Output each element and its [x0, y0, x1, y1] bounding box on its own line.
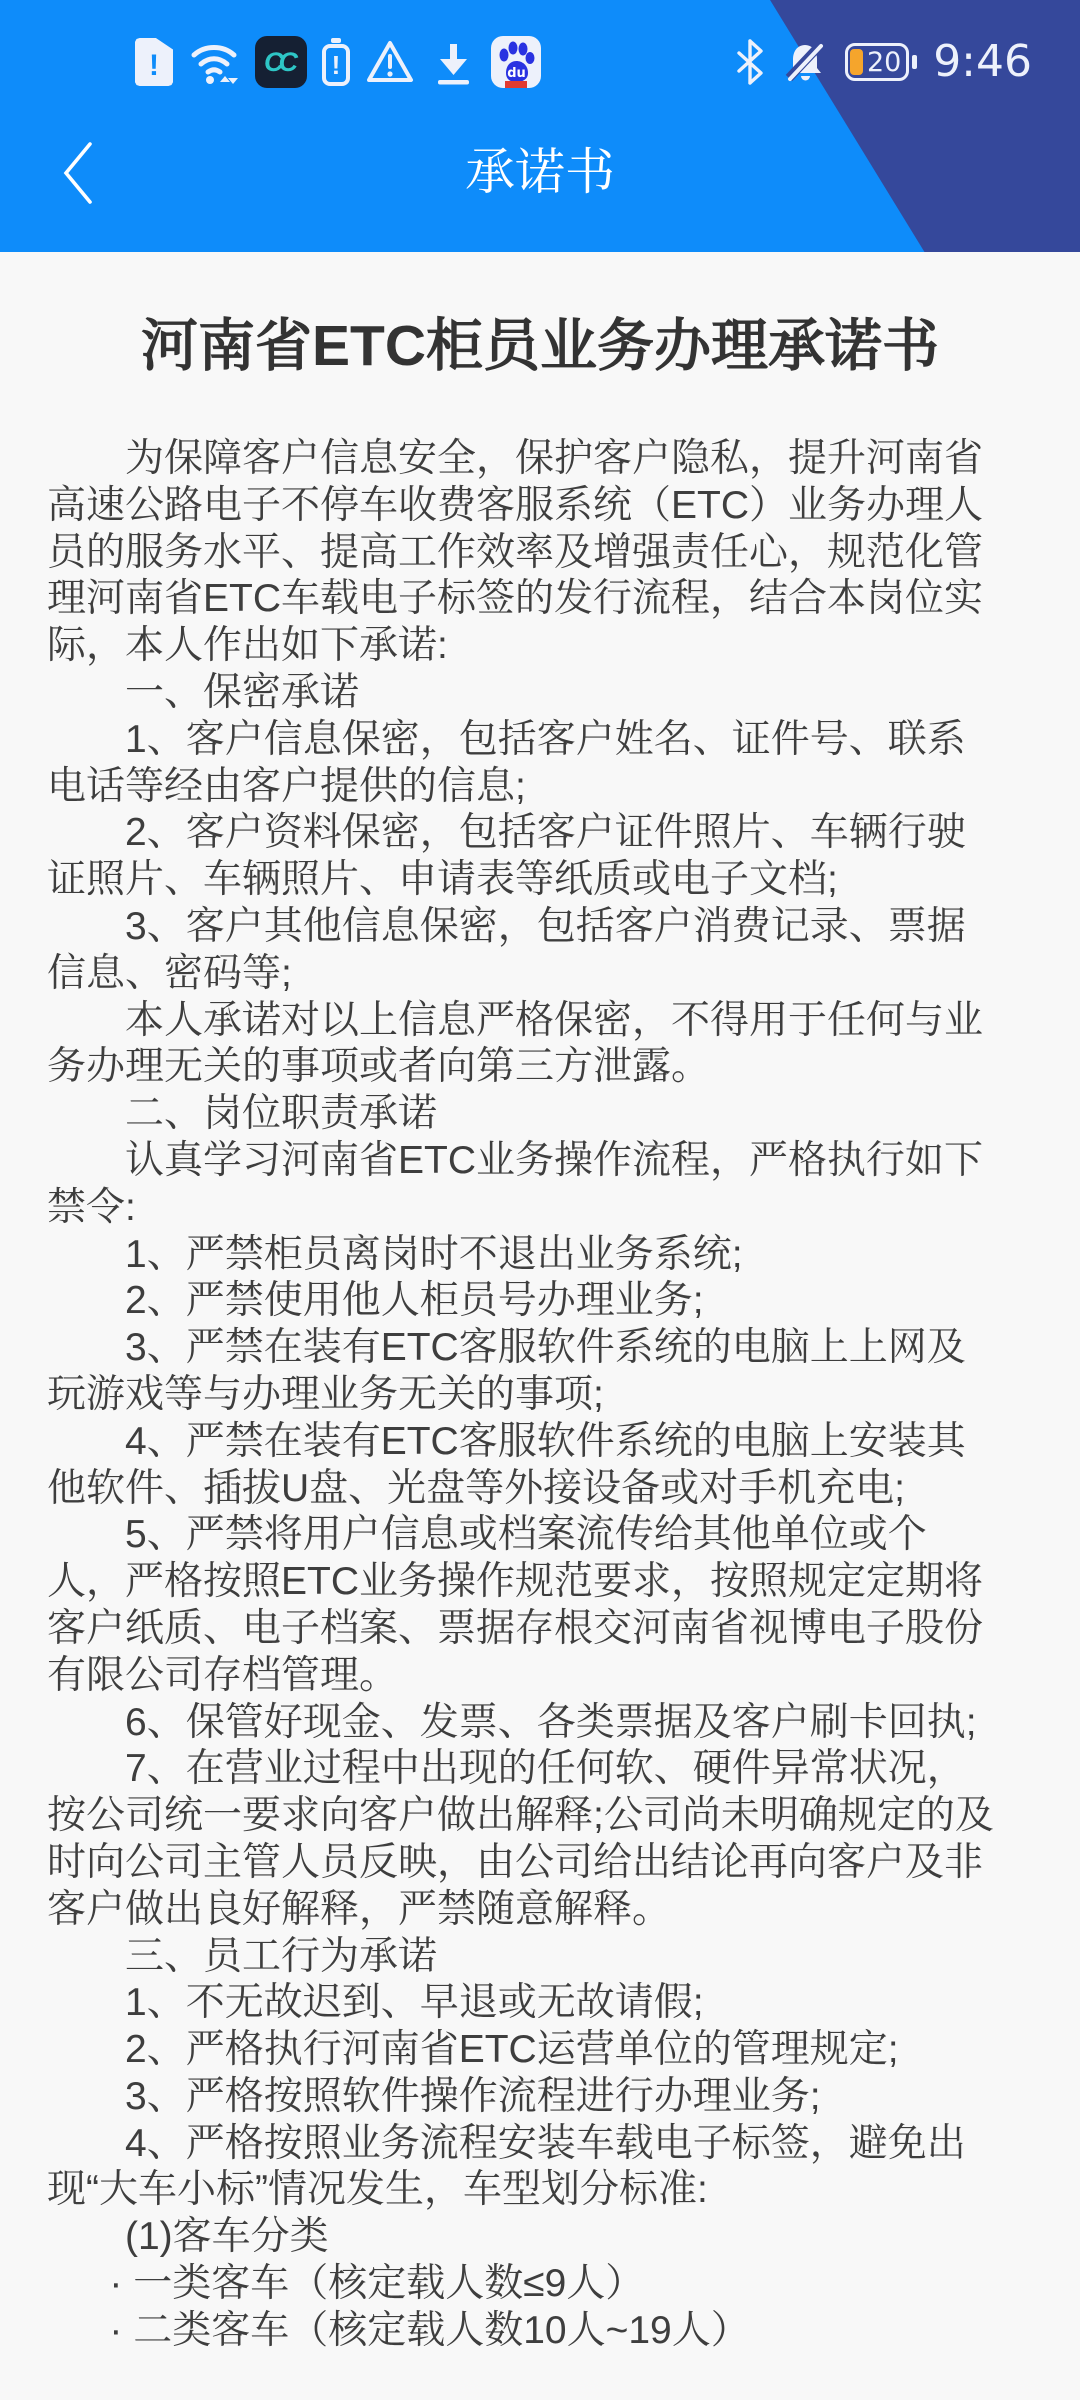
- paragraph: · 二类客车（核定载人数10人~19人）: [47, 2308, 997, 2355]
- phone-screen: ! CC !: [0, 0, 1080, 2400]
- svg-text:du: du: [507, 66, 526, 81]
- paragraph: 认真学习河南省ETC业务操作流程，严格执行如下禁令:: [47, 1138, 997, 1232]
- paragraph: 4、严格按照业务流程安装车载电子标签，避免出现“大车小标”情况发生，车型划分标准…: [47, 2121, 997, 2215]
- status-time: 9:46: [933, 36, 1032, 88]
- battery-alert-icon: !: [322, 38, 350, 86]
- baidu-app-icon: du: [491, 36, 541, 88]
- paragraph: 2、严禁使用他人柜员号办理业务;: [47, 1278, 997, 1325]
- paragraph: 3、客户其他信息保密，包括客户消费记录、票据信息、密码等;: [47, 904, 997, 998]
- paragraph: (1)客车分类: [47, 2214, 997, 2261]
- status-left-icons: ! CC !: [135, 36, 541, 88]
- paragraph: 4、严禁在装有ETC客服软件系统的电脑上安装其他软件、插拔U盘、光盘等外接设备或…: [47, 1419, 997, 1513]
- bluetooth-icon: [735, 38, 765, 86]
- paragraph: 1、客户信息保密，包括客户姓名、证件号、联系电话等经由客户提供的信息;: [47, 717, 997, 811]
- paragraph: 2、客户资料保密，包括客户证件照片、车辆行驶证照片、车辆照片、申请表等纸质或电子…: [47, 810, 997, 904]
- paragraph: 3、严格按照软件操作流程进行办理业务;: [47, 2074, 997, 2121]
- status-right-icons: 20 9:46: [735, 36, 1032, 88]
- document-body: 为保障客户信息安全，保护客户隐私，提升河南省高速公路电子不停车收费客服系统（ET…: [0, 436, 1080, 2355]
- paragraph: 3、严禁在装有ETC客服软件系统的电脑上上网及玩游戏等与办理业务无关的事项;: [47, 1325, 997, 1419]
- notifications-muted-icon: [781, 38, 829, 86]
- paragraph: 二、岗位职责承诺: [47, 1091, 997, 1138]
- wifi-icon: [188, 38, 240, 86]
- paragraph: 2、严格执行河南省ETC运营单位的管理规定;: [47, 2027, 997, 2074]
- paragraph: 1、不无故迟到、早退或无故请假;: [47, 1980, 997, 2027]
- paragraph: 7、在营业过程中出现的任何软、硬件异常状况，按公司统一要求向客户做出解释;公司尚…: [47, 1746, 997, 1933]
- status-bar: ! CC !: [0, 0, 1080, 100]
- document-title: 河南省ETC柜员业务办理承诺书: [40, 314, 1040, 378]
- paragraph: 5、严禁将用户信息或档案流传给其他单位或个人，严格按照ETC业务操作规范要求，按…: [47, 1512, 997, 1699]
- paragraph: 一、保密承诺: [47, 670, 997, 717]
- back-button[interactable]: [58, 140, 98, 206]
- paragraph: 本人承诺对以上信息严格保密，不得用于任何与业务办理无关的事项或者向第三方泄露。: [47, 998, 997, 1092]
- battery-icon: 20: [845, 43, 917, 81]
- paragraph: 为保障客户信息安全，保护客户隐私，提升河南省高速公路电子不停车收费客服系统（ET…: [47, 436, 997, 670]
- battery-percent: 20: [859, 43, 909, 81]
- page-title: 承诺书: [0, 142, 1080, 202]
- sim-alert-icon: !: [135, 38, 173, 86]
- paragraph: 1、严禁柜员离岗时不退出业务系统;: [47, 1232, 997, 1279]
- document-scroll-area[interactable]: 河南省ETC柜员业务办理承诺书 为保障客户信息安全，保护客户隐私，提升河南省高速…: [0, 252, 1080, 2400]
- paragraph: 6、保管好现金、发票、各类票据及客户刷卡回执;: [47, 1700, 997, 1747]
- paragraph: · 一类客车（核定载人数≤9人）: [47, 2261, 997, 2308]
- download-icon: [430, 38, 476, 86]
- paragraph: 三、员工行为承诺: [47, 1934, 997, 1981]
- cc-app-icon: CC: [255, 36, 307, 88]
- warning-icon: [365, 38, 415, 86]
